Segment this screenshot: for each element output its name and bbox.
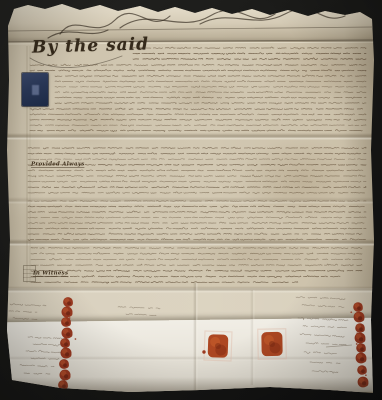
fold-crease (0, 356, 382, 361)
top-fold-band (0, 0, 382, 42)
vertical-crease (250, 290, 255, 385)
fold-crease (0, 239, 382, 246)
blue-duty-stamp (22, 73, 48, 106)
emphasized-phrase-provided-always: Provided Always (31, 162, 85, 168)
photo-of-deed: By the said Provided Always In Witness (0, 0, 382, 400)
emphasized-phrase-in-witness: In Witness (33, 271, 68, 277)
deed-heading: By the said (32, 36, 149, 56)
bottom-edge-shadow (0, 377, 382, 394)
signature-zone (0, 288, 382, 322)
fold-crease (0, 286, 382, 293)
marginal-note-box (23, 265, 36, 282)
fold-crease (0, 133, 382, 140)
fold-crease (0, 197, 382, 204)
stamp-emblem (32, 85, 39, 95)
parchment-sheet: By the said Provided Always In Witness (0, 0, 382, 400)
